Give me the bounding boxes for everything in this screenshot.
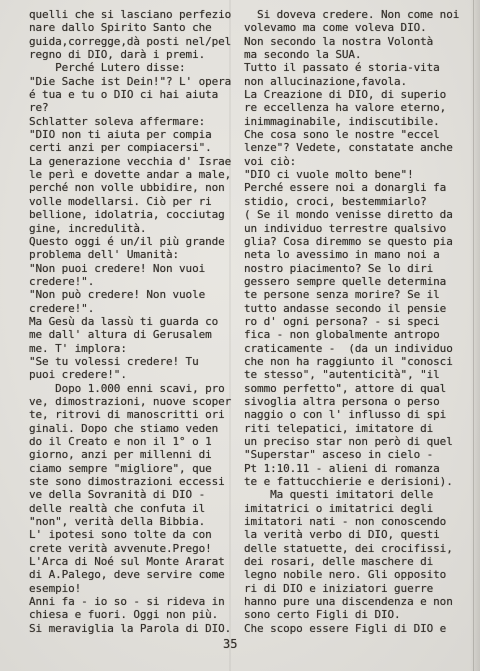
scanned-document-page: quelli che si lasciano perfezio nare dal… bbox=[0, 0, 480, 671]
text-column-right: Si doveva credere. Non come noi volevamo… bbox=[244, 8, 470, 635]
page-edge-shadow bbox=[470, 0, 480, 671]
text-column-left: quelli che si lasciano perfezio nare dal… bbox=[29, 8, 237, 635]
page-number: 35 bbox=[223, 637, 237, 651]
